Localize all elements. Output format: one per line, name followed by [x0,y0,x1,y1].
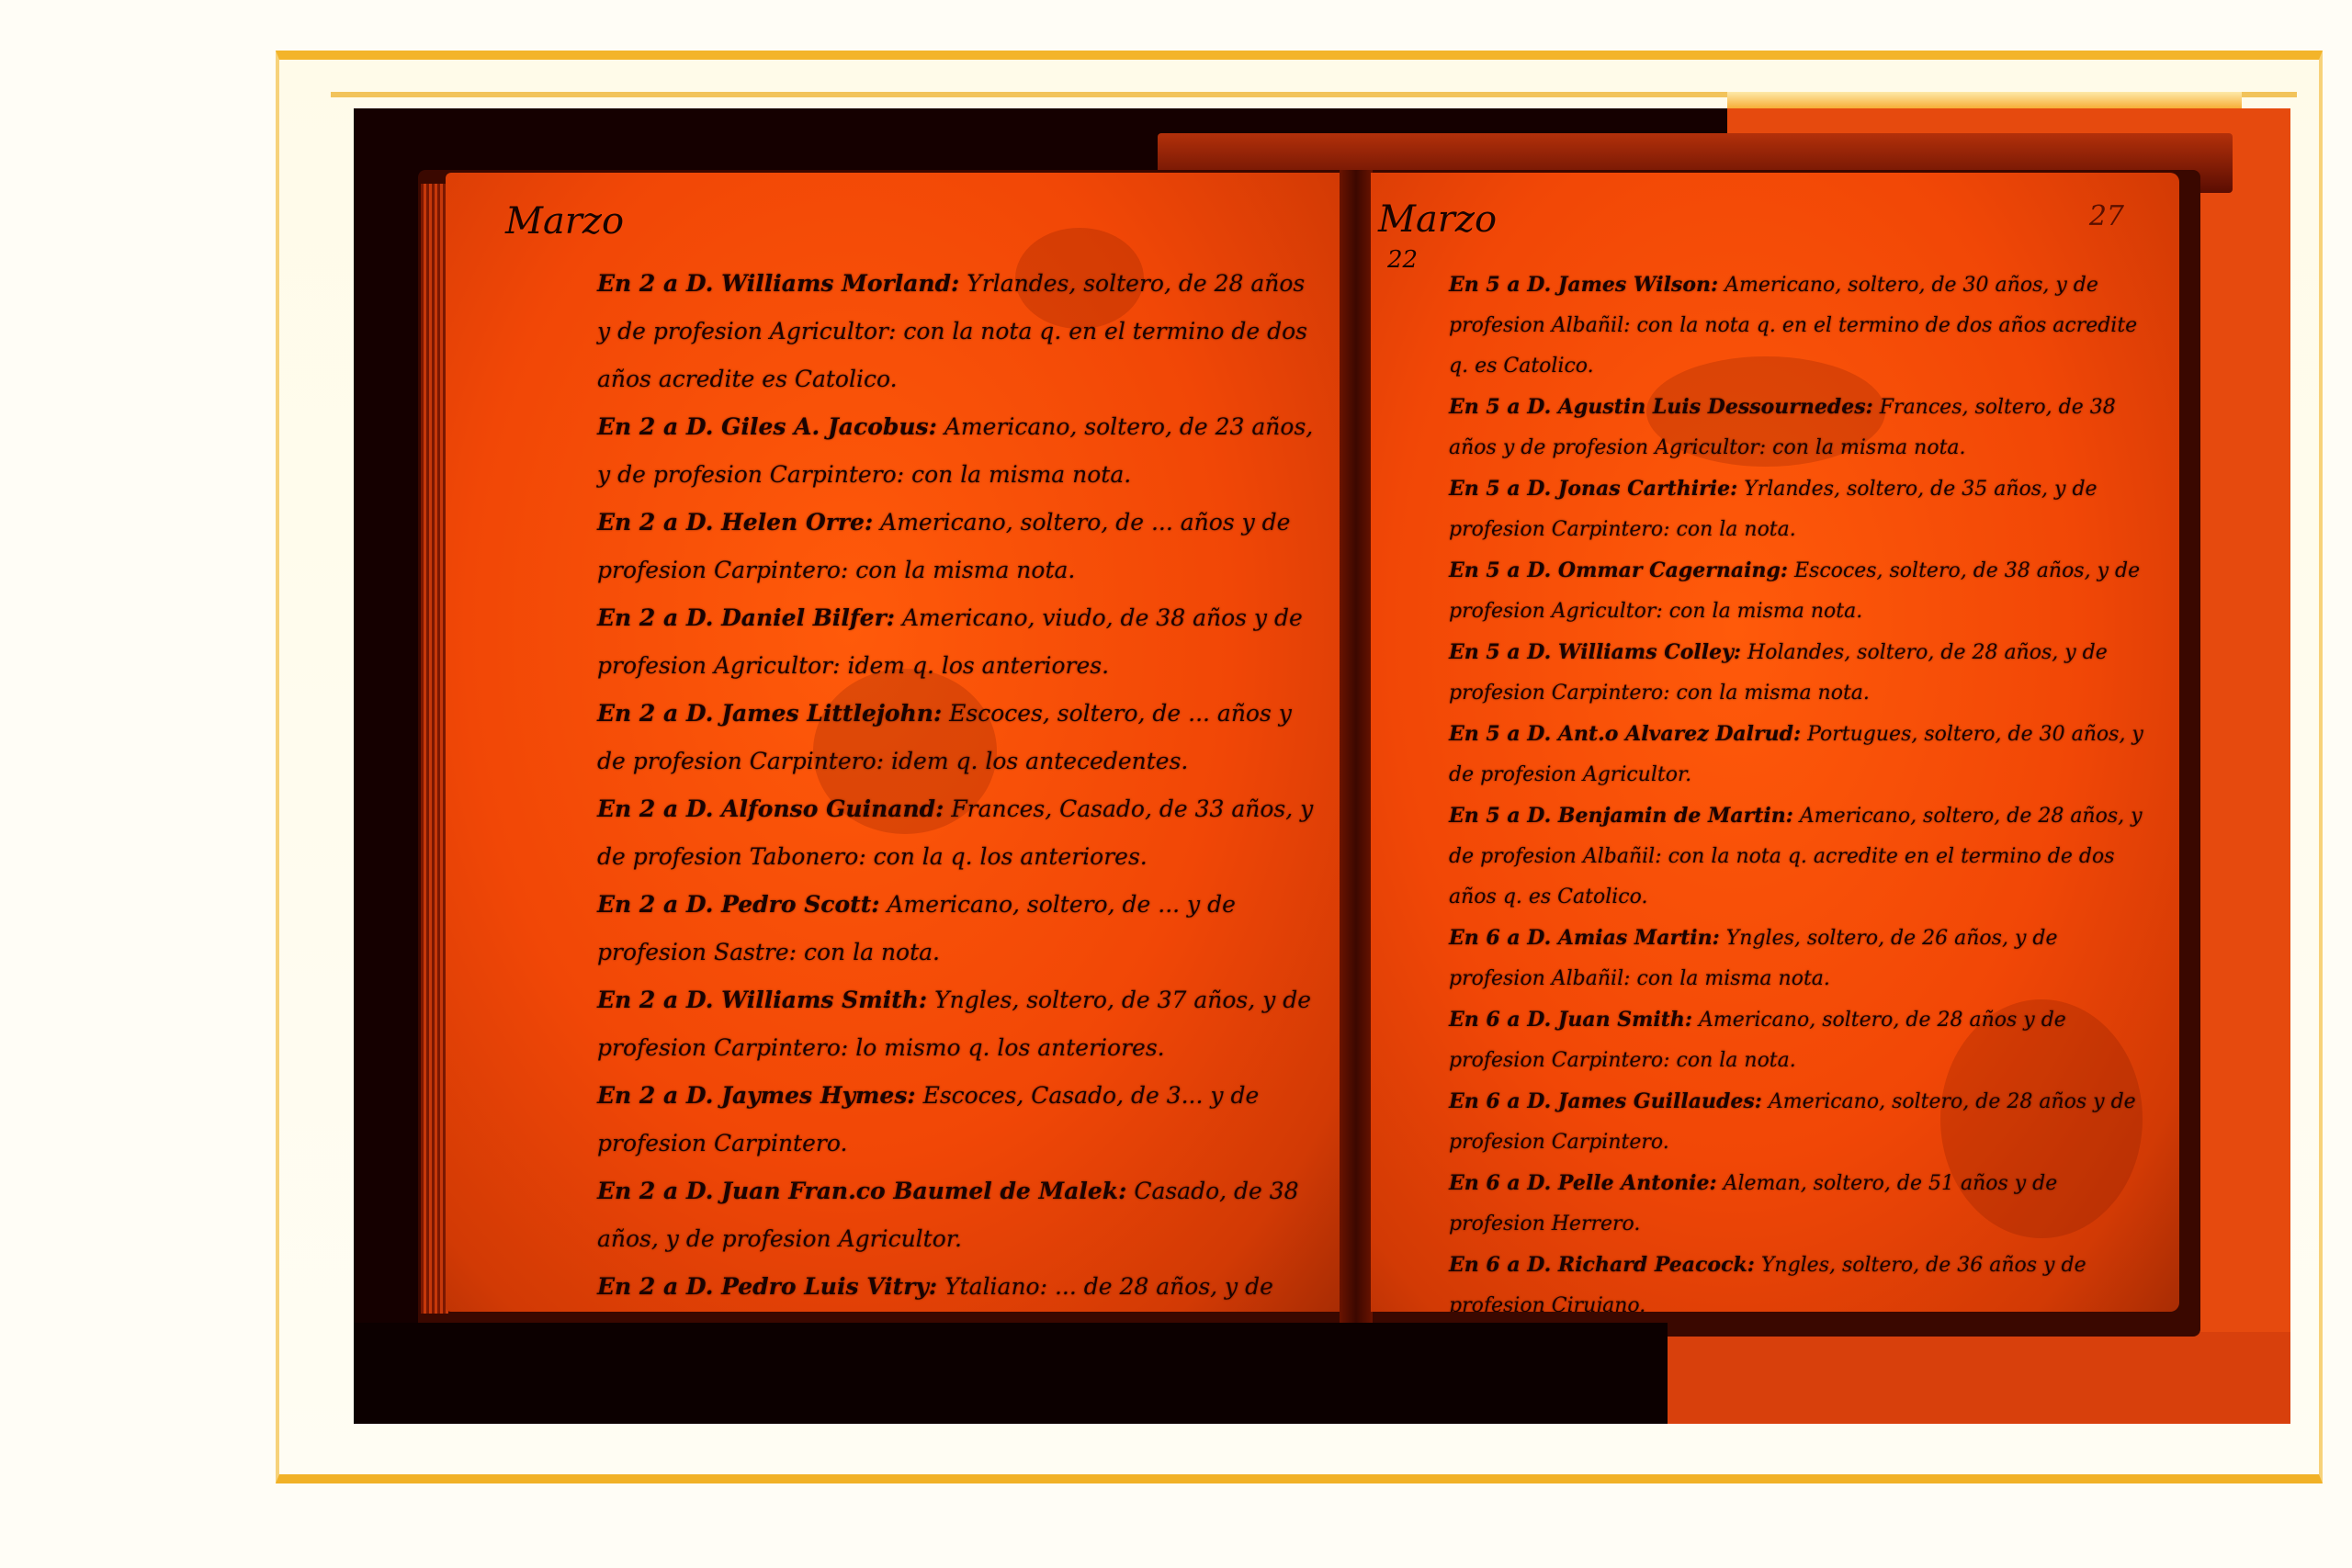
film-bottom-shadow [354,1323,1668,1424]
register-entry: En 2 a D. Williams Morland: Yrlandes, so… [597,260,1323,403]
right-entries-list: En 5 a D. James Wilson: Americano, solte… [1449,265,2156,1312]
register-entry: En 2 a D. James Littlejohn: Escoces, sol… [597,690,1323,785]
register-entry: En 2 a D. Pedro Luis Vitry: Ytaliano: ..… [597,1263,1323,1312]
register-entry: En 2 a D. Alfonso Guinand: Frances, Casa… [597,785,1323,881]
folio-number: 27 [2089,200,2124,232]
register-entry: En 5 a D. Ommar Cagernaing: Escoces, sol… [1449,550,2156,632]
register-entry: En 5 a D. James Wilson: Americano, solte… [1449,265,2156,387]
register-entry: En 5 a D. Williams Colley: Holandes, sol… [1449,632,2156,714]
register-entry: En 2 a D. Giles A. Jacobus: Americano, s… [597,403,1323,499]
day-marker: 22 [1387,246,1418,274]
register-entry: En 5 a D. Benjamin de Martin: Americano,… [1449,795,2156,918]
register-entry: En 2 a D. Williams Smith: Yngles, solter… [597,976,1323,1072]
register-entry: En 6 a D. Juan Smith: Americano, soltero… [1449,999,2156,1081]
left-entries-list: En 2 a D. Williams Morland: Yrlandes, so… [597,260,1323,1312]
register-entry: En 5 a D. Agustin Luis Dessournedes: Fra… [1449,387,2156,468]
register-entry: En 2 a D. Jaymes Hymes: Escoces, Casado,… [597,1072,1323,1168]
left-page: Marzo En 2 a D. Williams Morland: Yrland… [446,173,1341,1312]
film-top-fade [1727,92,2242,110]
register-entry: En 2 a D. Daniel Bilfer: Americano, viud… [597,594,1323,690]
register-entry: En 5 a D. Jonas Carthirie: Yrlandes, sol… [1449,468,2156,550]
register-entry: En 6 a D. James Guillaudes: Americano, s… [1449,1081,2156,1163]
register-entry: En 5 a D. Ant.o Alvarez Dalrud: Portugue… [1449,714,2156,795]
right-page-header: Marzo [1378,198,1497,241]
register-entry: En 6 a D. Richard Peacock: Yngles, solte… [1449,1245,2156,1312]
book-gutter [1340,170,1373,1332]
left-page-header: Marzo [505,200,624,243]
register-entry: En 2 a D. Juan Fran.co Baumel de Malek: … [597,1168,1323,1263]
film-bottom-right [1668,1332,2290,1424]
register-entry: En 6 a D. Amias Martin: Yngles, soltero,… [1449,918,2156,999]
register-entry: En 2 a D. Pedro Scott: Americano, solter… [597,881,1323,976]
page-edges-left [421,184,448,1314]
register-entry: En 6 a D. Pelle Antonie: Aleman, soltero… [1449,1163,2156,1245]
register-entry: En 2 a D. Helen Orre: Americano, soltero… [597,499,1323,594]
right-page: Marzo 22 27 En 5 a D. James Wilson: Amer… [1371,173,2179,1312]
